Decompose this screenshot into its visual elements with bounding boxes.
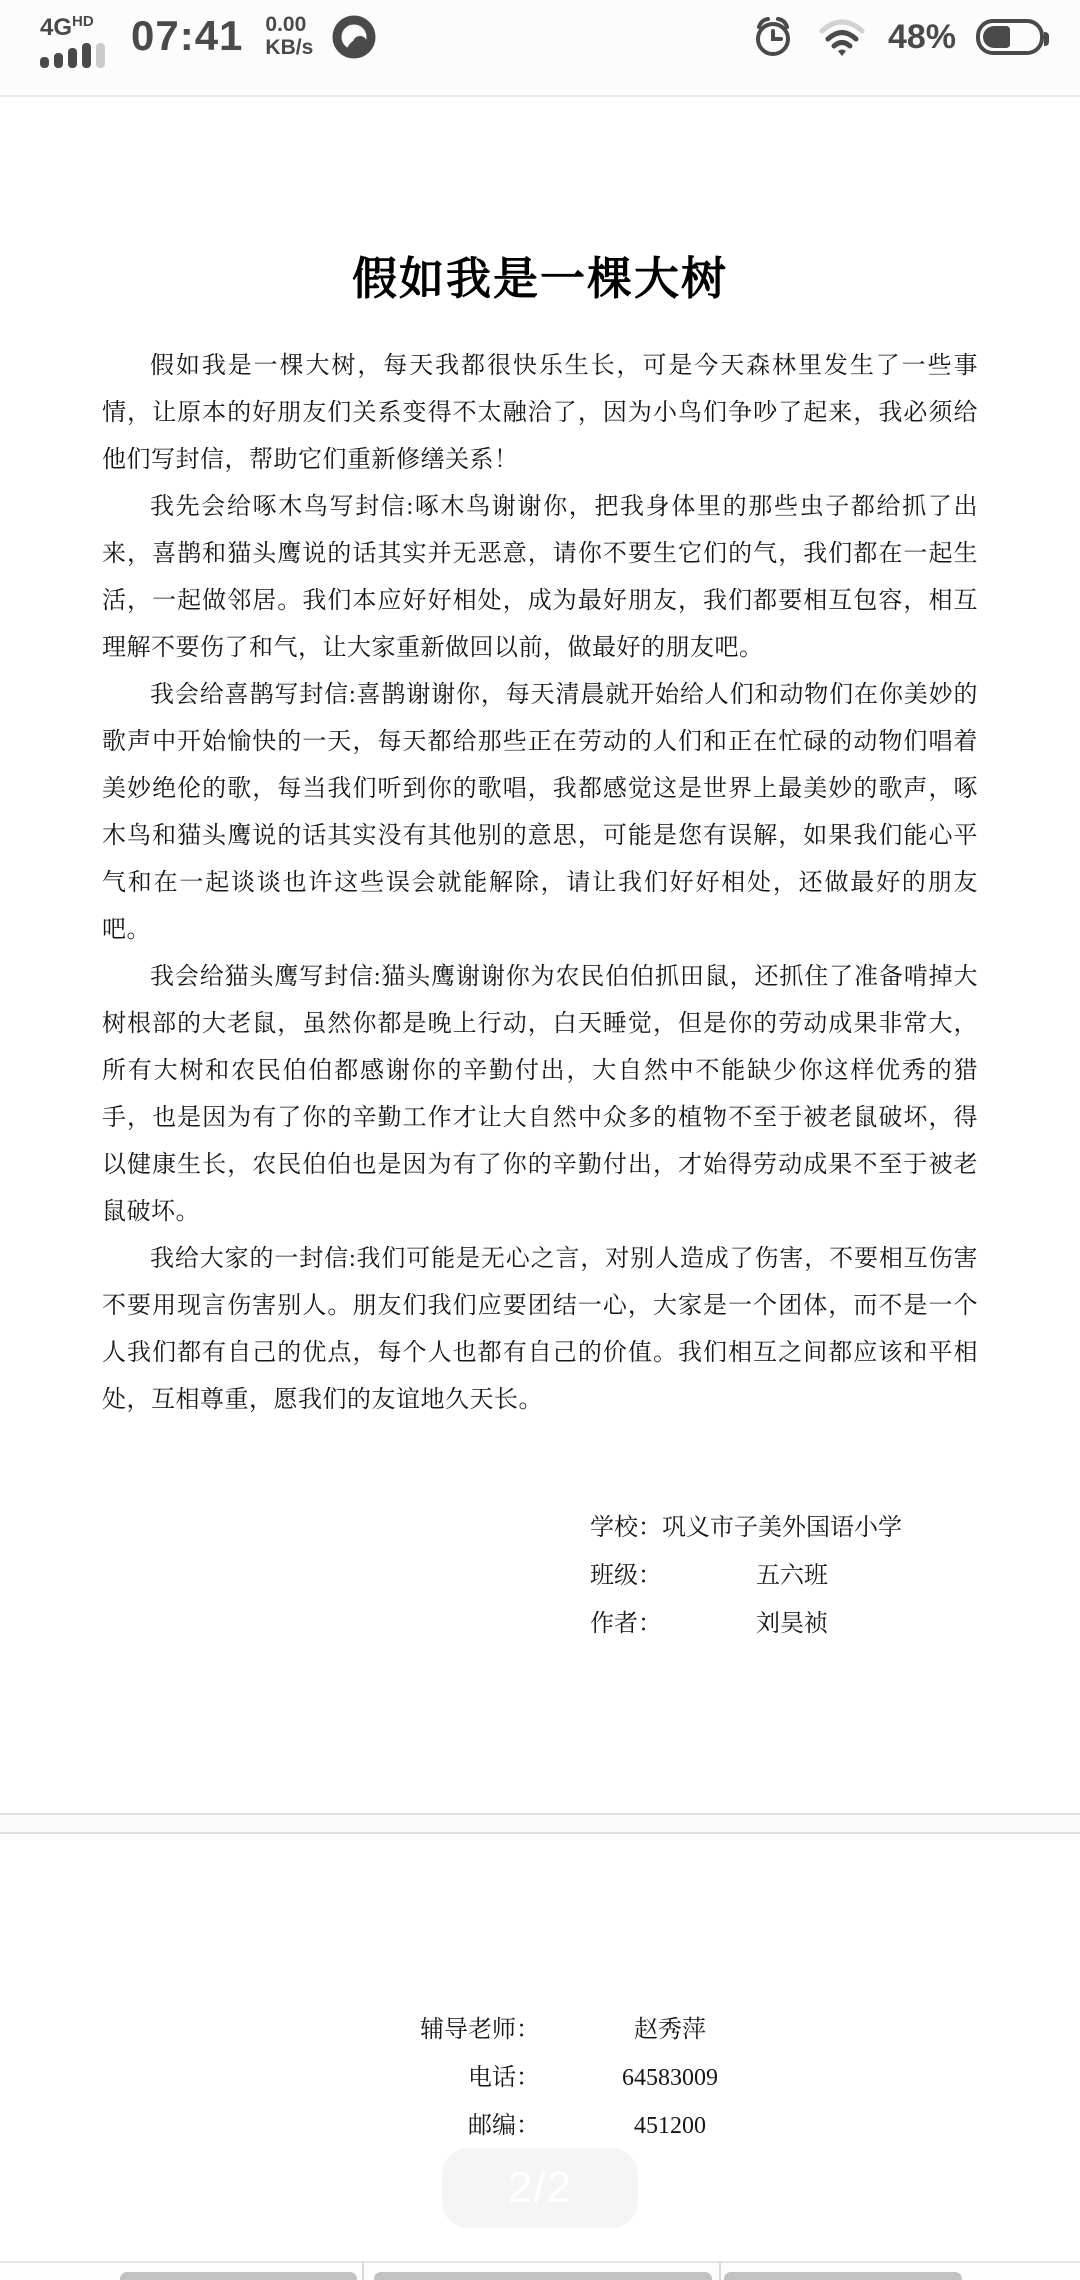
essay-paragraph: 我会给猫头鹰写封信:猫头鹰谢谢你为农民伯伯抓田鼠，还抓住了准备啃掉大树根部的大老… [102,954,978,1236]
document-page-1[interactable]: 假如我是一棵大树 假如我是一棵大树，每天我都很快乐生长，可是今天森林里发生了一些… [0,97,1080,1813]
network-type: 4G [40,14,72,41]
toolbar-button-left[interactable] [120,2272,357,2280]
bottom-toolbar [0,2261,1080,2280]
postcode-label: 邮编： [300,2102,540,2150]
network-speed: 0.00 KB/s [265,13,313,59]
essay-title: 假如我是一棵大树 [102,249,978,309]
network-indicator: 4GHD [40,10,105,68]
essay-paragraph: 我会给喜鹊写封信:喜鹊谢谢你，每天清晨就开始给人们和动物们在你美妙的歌声中开始愉… [102,672,978,954]
school-label: 学校： [482,1504,662,1552]
phone-label: 电话： [300,2054,540,2102]
phone-screen: 4GHD 07:41 0.00 KB/s [0,0,1080,2280]
wifi-icon [816,15,868,59]
battery-icon [976,19,1044,55]
battery-percent-label: 48% [888,18,956,57]
teacher-row: 辅导老师： 赵秀萍 [0,2006,1080,2054]
toolbar-button-right[interactable] [724,2272,962,2280]
class-value: 五六班 [662,1552,922,1600]
app-logo-icon [331,14,377,60]
network-type-label: 4GHD [40,10,94,40]
byline-author-row: 作者： 刘昊祯 [102,1600,978,1648]
page-indicator-toast: 2/2 [442,2148,638,2228]
class-label: 班级： [482,1552,662,1600]
network-speed-unit: KB/s [265,36,313,59]
essay-paragraph: 假如我是一棵大树，每天我都很快乐生长，可是今天森林里发生了一些事情，让原本的好朋… [102,343,978,484]
essay-paragraph: 我先会给啄木鸟写封信:啄木鸟谢谢你，把我身体里的那些虫子都给抓了出来，喜鹊和猫头… [102,484,978,672]
school-value: 巩义市子美外国语小学 [662,1504,902,1552]
toolbar-divider [362,2263,364,2280]
author-value: 刘昊祯 [662,1600,922,1648]
byline-class-row: 班级： 五六班 [102,1552,978,1600]
essay-paragraph: 我给大家的一封信:我们可能是无心之言，对别人造成了伤害，不要相互伤害不要用现言伤… [102,1236,978,1424]
status-time: 07:41 [131,10,243,62]
postcode-row: 邮编： 451200 [0,2102,1080,2150]
postcode-value: 451200 [540,2102,800,2150]
teacher-value: 赵秀萍 [540,2006,800,2054]
toolbar-button-middle[interactable] [374,2272,712,2280]
toolbar-divider [719,2263,721,2280]
signal-bars-icon [40,43,105,68]
network-hd-badge: HD [72,13,94,30]
alarm-clock-icon [750,14,796,60]
status-bar: 4GHD 07:41 0.00 KB/s [0,0,1080,97]
teacher-info-block: 辅导老师： 赵秀萍 电话： 64583009 邮编： 451200 [0,2006,1080,2150]
phone-row: 电话： 64583009 [0,2054,1080,2102]
essay-body: 假如我是一棵大树，每天我都很快乐生长，可是今天森林里发生了一些事情，让原本的好朋… [102,343,978,1424]
teacher-label: 辅导老师： [300,2006,540,2054]
page-break [0,1813,1080,1834]
author-label: 作者： [482,1600,662,1648]
byline-block: 学校： 巩义市子美外国语小学 班级： 五六班 作者： 刘昊祯 [102,1504,978,1648]
network-speed-value: 0.00 [265,13,313,36]
phone-value: 64583009 [540,2054,800,2102]
byline-school-row: 学校： 巩义市子美外国语小学 [102,1504,978,1552]
